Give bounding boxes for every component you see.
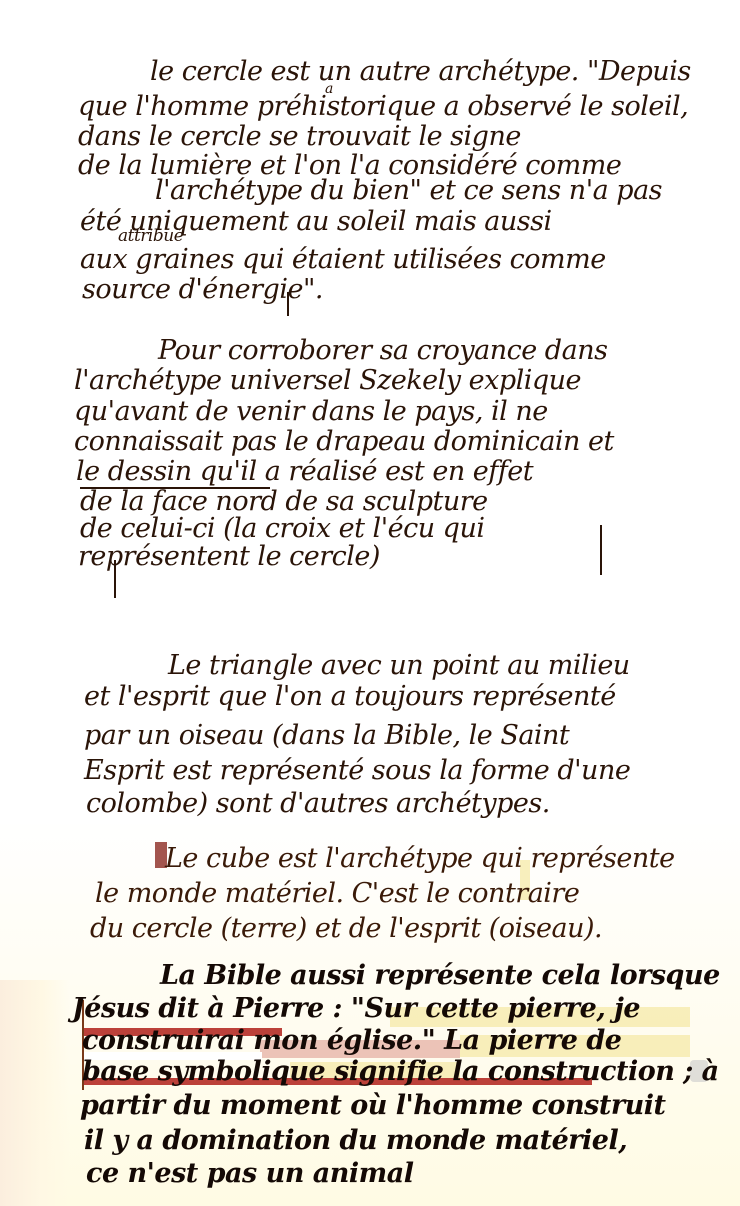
text-line: Pour corroborer sa croyance dans	[158, 337, 607, 364]
text-line: représentent le cercle)	[78, 543, 380, 570]
text-line: aux graines qui étaient utilisées comme	[80, 246, 606, 273]
text-line: de la face nord de sa sculpture	[80, 488, 488, 515]
text-line: partir du moment où l'homme construit	[80, 1092, 665, 1119]
text-line: et l'esprit que l'on a toujours représen…	[84, 683, 616, 710]
text-line: construirai mon église." La pierre de	[82, 1027, 621, 1054]
insertion-mark: attribué	[118, 228, 183, 245]
text-line: connaissait pas le drapeau dominicain et	[74, 428, 614, 455]
text-line: colombe) sont d'autres archétypes.	[86, 790, 550, 817]
pen-stroke	[287, 292, 289, 316]
paper-stain	[0, 980, 70, 1206]
pen-stroke	[600, 525, 602, 575]
pen-stroke	[114, 560, 116, 598]
text-line: Le triangle avec un point au milieu	[168, 652, 630, 679]
text-line: La Bible aussi représente cela lorsque	[160, 962, 720, 989]
insertion-mark: a	[325, 82, 333, 96]
text-line: de celui-ci (la croix et l'écu qui	[80, 515, 485, 542]
text-line: le monde matériel. C'est le contraire	[95, 880, 579, 907]
text-line: par un oiseau (dans la Bible, le Saint	[84, 722, 569, 749]
text-line: l'archétype du bien" et ce sens n'a pas	[155, 177, 662, 204]
text-line: Esprit est représenté sous la forme d'un…	[84, 757, 630, 784]
manuscript-page: le cercle est un autre archétype. "Depui…	[0, 0, 740, 1206]
text-line: Le cube est l'archétype qui représente	[165, 845, 675, 872]
text-line: Jésus dit à Pierre : "Sur cette pierre, …	[72, 995, 640, 1022]
text-line: que l'homme préhistorique a observé le s…	[78, 93, 688, 120]
text-line: qu'avant de venir dans le pays, il ne	[74, 398, 548, 425]
text-line: du cercle (terre) et de l'esprit (oiseau…	[90, 915, 602, 942]
text-line: ce n'est pas un animal	[86, 1160, 414, 1187]
text-line: base symbolique signifie la construction…	[82, 1058, 719, 1085]
text-line: il y a domination du monde matériel,	[84, 1127, 627, 1154]
text-line: le cercle est un autre archétype. "Depui…	[150, 58, 691, 85]
text-line: l'archétype universel Szekely explique	[74, 367, 581, 394]
text-line: dans le cercle se trouvait le signe	[78, 123, 521, 150]
text-line: le dessin qu'il a réalisé est en effet	[76, 458, 533, 485]
